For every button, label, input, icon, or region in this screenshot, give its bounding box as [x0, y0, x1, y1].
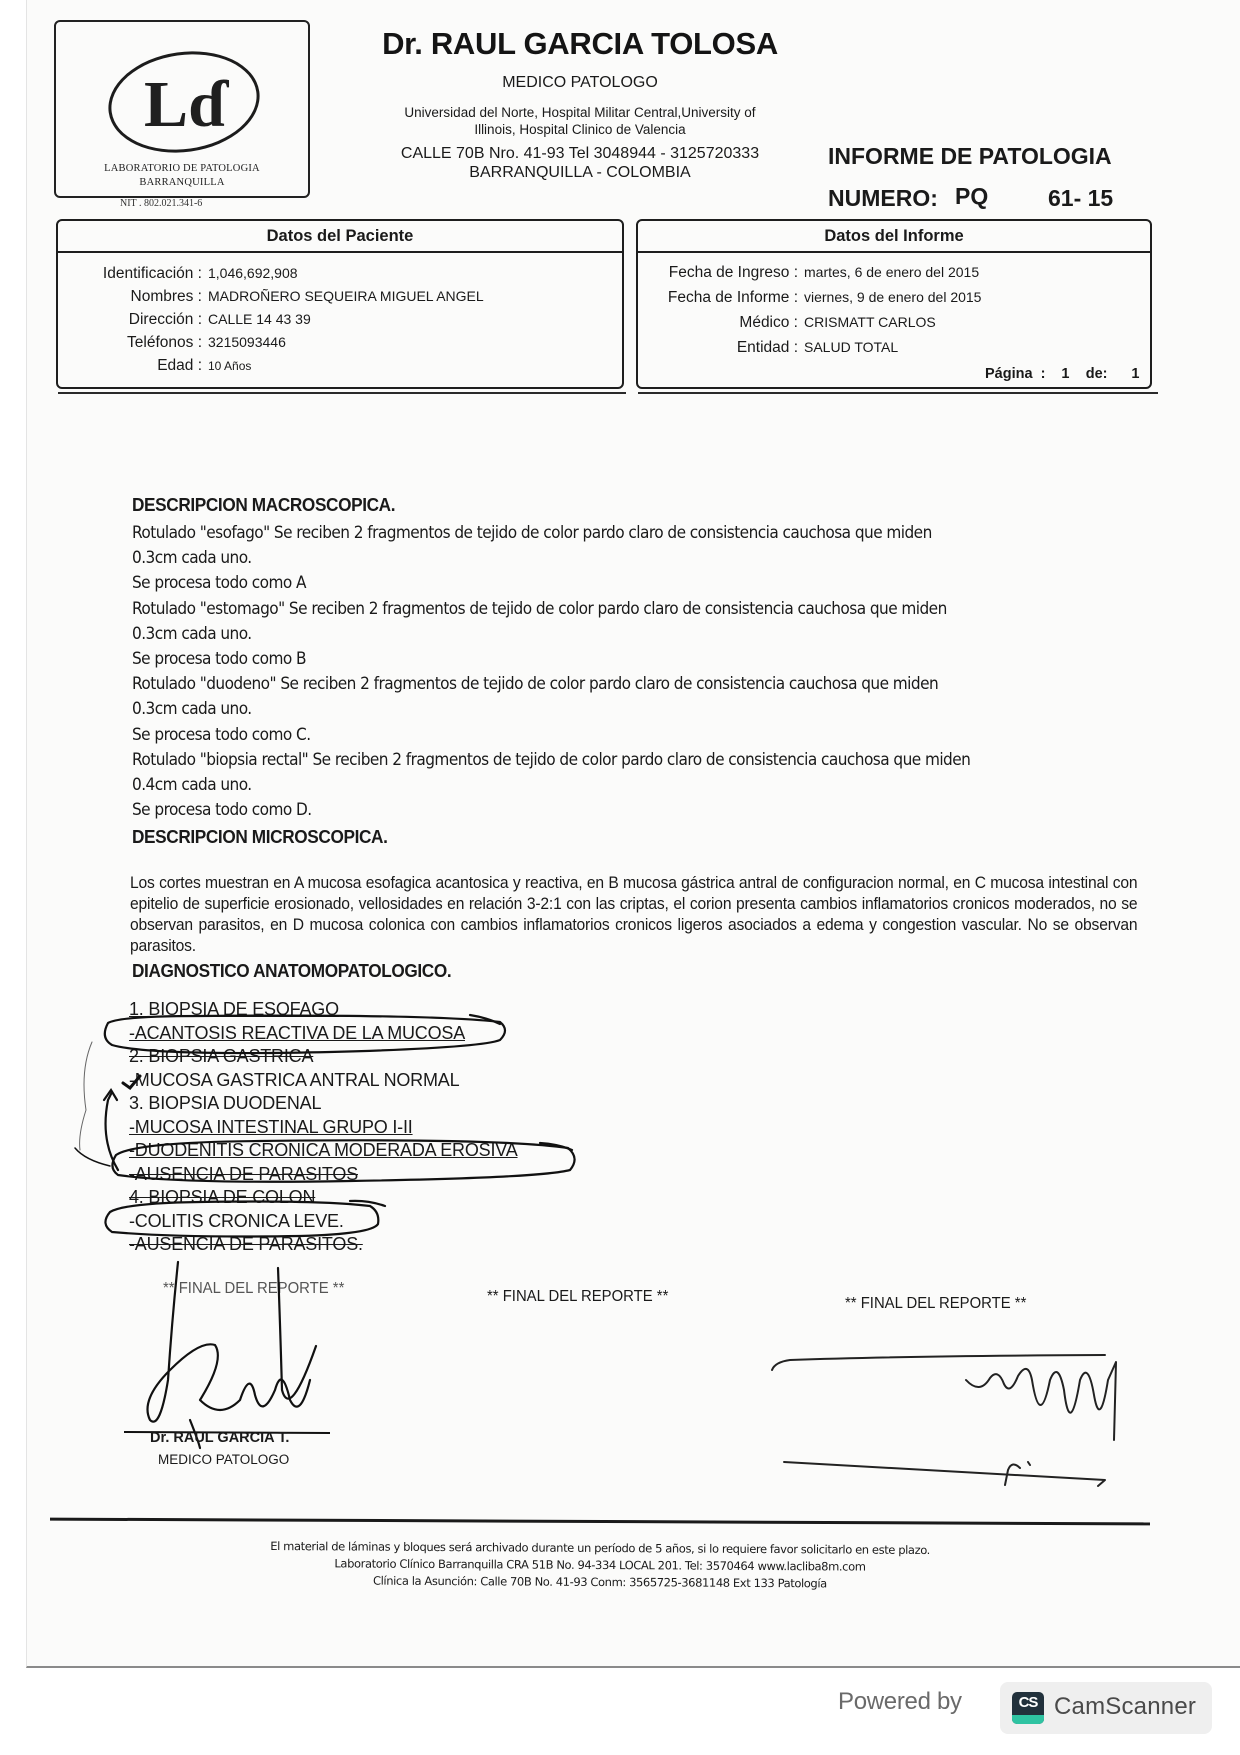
macro-line: 0.4cm cada uno. [132, 772, 1146, 797]
logo-lab-name: LABORATORIO DE PATOLOGIA BARRANQUILLA [56, 162, 308, 190]
camscanner-logo-text: CS [1012, 1694, 1044, 1711]
diagnosis-item: 1. BIOPSIA DE ESOFAGO [129, 998, 518, 1022]
macro-line: Se procesa todo como D. [132, 797, 1146, 822]
report-field-report-date: Fecha de Informe :viernes, 9 de enero de… [648, 285, 981, 310]
macro-line: Se procesa todo como C. [132, 722, 1146, 747]
end-of-report-marker: ** FINAL DEL REPORTE ** [163, 1280, 344, 1298]
page-total: 1 [1116, 366, 1140, 382]
affiliations-line2: Illinois, Hospital Clinico de Valencia [370, 121, 790, 138]
report-field-admission-date: Fecha de Ingreso :martes, 6 de enero del… [648, 260, 981, 285]
report-number-label: NUMERO: [828, 185, 938, 212]
diagnosis-item: -MUCOSA INTESTINAL GRUPO I-II [129, 1116, 518, 1140]
microscopic-description: Los cortes muestran en A mucosa esofagic… [130, 872, 1137, 956]
report-field-physician: Médico :CRISMATT CARLOS [648, 310, 981, 335]
macro-line: 0.3cm cada uno. [132, 696, 1146, 721]
page-of-label: de: [1077, 366, 1107, 382]
powered-by-label: Powered by [838, 1688, 962, 1716]
macro-line: 0.3cm cada uno. [132, 621, 1146, 646]
lab-logo: Lɗ LABORATORIO DE PATOLOGIA BARRANQUILLA [54, 20, 310, 198]
divider [638, 392, 1158, 394]
doctor-affiliations: Universidad del Norte, Hospital Militar … [370, 104, 790, 138]
doctor-specialty: MEDICO PATOLOGO [370, 74, 790, 92]
diagnosis-item: -COLITIS CRONICA LEVE. [129, 1210, 518, 1234]
signature-name: Dr. RAUL GARCIA T. [150, 1430, 289, 1446]
macro-line: Rotulado "estomago" Se reciben 2 fragmen… [132, 596, 1146, 621]
report-title: INFORME DE PATOLOGIA [828, 143, 1112, 170]
macro-line: Rotulado "biopsia rectal" Se reciben 2 f… [132, 747, 1146, 772]
logo-lab-line1: LABORATORIO DE PATOLOGIA [56, 162, 308, 176]
diagnosis-heading: DIAGNOSTICO ANATOMOPATOLOGICO. [132, 960, 451, 982]
patient-field-name: Nombres :MADROÑERO SEQUEIRA MIGUEL ANGEL [82, 285, 484, 308]
patient-field-phone: Teléfonos :3215093446 [82, 331, 484, 354]
macro-line: Rotulado "esofago" Se reciben 2 fragment… [132, 520, 1146, 545]
patient-field-id: Identificación :1,046,692,908 [82, 262, 484, 285]
address-line1: CALLE 70B Nro. 41-93 Tel 3048944 - 31257… [370, 144, 790, 163]
page-current: 1 [1053, 366, 1069, 382]
macro-line: Se procesa todo como A [132, 570, 1146, 595]
address-line2: BARRANQUILLA - COLOMBIA [370, 163, 790, 182]
patient-box-title: Datos del Paciente [58, 221, 622, 253]
report-box-title: Datos del Informe [638, 221, 1150, 253]
divider [58, 392, 626, 394]
lab-nit: NIT . 802.021.341-6 [120, 198, 202, 209]
report-number-prefix: PQ [955, 183, 988, 210]
patient-fields: Identificación :1,046,692,908 Nombres :M… [82, 262, 484, 378]
diagnosis-item: -AUSENCIA DE PARASITOS. [129, 1233, 518, 1257]
macroscopic-description: Rotulado "esofago" Se reciben 2 fragment… [132, 520, 1146, 822]
logo-lab-line2: BARRANQUILLA [56, 176, 308, 190]
doctor-address: CALLE 70B Nro. 41-93 Tel 3048944 - 31257… [370, 144, 790, 182]
affiliations-line1: Universidad del Norte, Hospital Militar … [370, 104, 790, 121]
diagnosis-item: 3. BIOPSIA DUODENAL [129, 1092, 518, 1116]
page-indicator: Página : 1 de: 1 [985, 366, 1140, 382]
camscanner-brand: CamScanner [1054, 1693, 1196, 1721]
macro-line: Se procesa todo como B [132, 646, 1146, 671]
footer-notice: El material de láminas y bloques será ar… [210, 1538, 990, 1594]
page-label: Página : [985, 366, 1045, 382]
camscanner-logo-icon: CS [1012, 1692, 1044, 1724]
diagnosis-list: 1. BIOPSIA DE ESOFAGO -ACANTOSIS REACTIV… [129, 998, 518, 1257]
diagnosis-item: -AUSENCIA DE PARASITOS [129, 1163, 518, 1187]
report-field-entity: Entidad :SALUD TOTAL [648, 335, 981, 360]
patient-field-address: Dirección :CALLE 14 43 39 [82, 308, 484, 331]
macro-line: Rotulado "duodeno" Se reciben 2 fragment… [132, 671, 1146, 696]
logo-oval-icon: Lɗ [102, 42, 266, 162]
report-number-value: 61- 15 [1048, 185, 1113, 212]
end-of-report-marker: ** FINAL DEL REPORTE ** [845, 1295, 1026, 1313]
signature-role: MEDICO PATOLOGO [158, 1452, 289, 1467]
diagnosis-item: -MUCOSA GASTRICA ANTRAL NORMAL [129, 1069, 518, 1093]
diagnosis-item: -DUODENITIS CRONICA MODERADA EROSIVA [129, 1139, 518, 1163]
doctor-name: Dr. RAUL GARCIA TOLOSA [370, 26, 790, 62]
logo-monogram: Lɗ [111, 67, 257, 143]
microscopic-heading: DESCRIPCION MICROSCOPICA. [132, 826, 387, 848]
diagnosis-item: 4. BIOPSIA DE COLON [129, 1186, 518, 1210]
patient-field-age: Edad :10 Años [82, 354, 484, 378]
end-of-report-marker: ** FINAL DEL REPORTE ** [487, 1288, 668, 1306]
macro-line: 0.3cm cada uno. [132, 545, 1146, 570]
report-fields: Fecha de Ingreso :martes, 6 de enero del… [648, 260, 981, 360]
camscanner-badge[interactable]: CS CamScanner [1000, 1682, 1212, 1734]
diagnosis-item: -ACANTOSIS REACTIVA DE LA MUCOSA [129, 1022, 518, 1046]
diagnosis-item: 2. BIOPSIA GASTRICA [129, 1045, 518, 1069]
macroscopic-heading: DESCRIPCION MACROSCOPICA. [132, 494, 395, 516]
